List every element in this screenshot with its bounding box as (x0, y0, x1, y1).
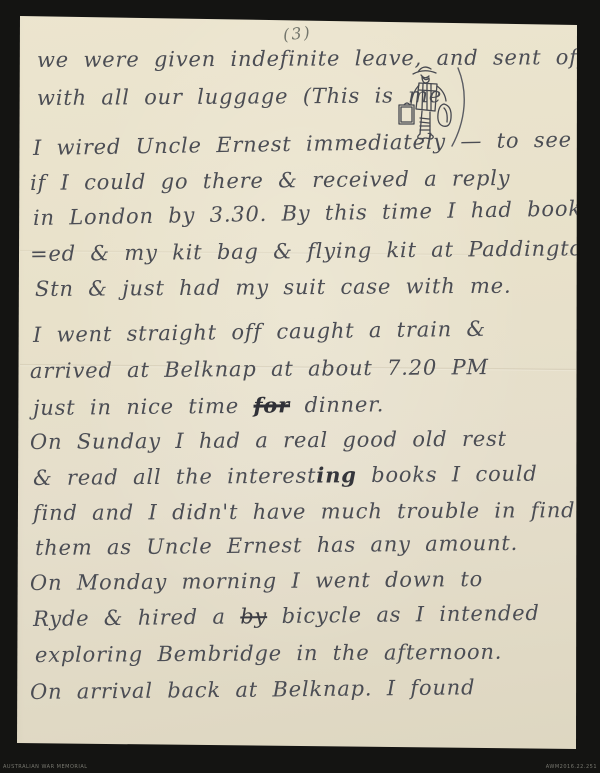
letter-text-segment: dinner. (290, 392, 384, 417)
letter-text-segment: for (253, 392, 290, 417)
letter-text-segment: we were given indefinite leave, and sent… (37, 45, 586, 72)
letter-text-segment: bicycle as I intended (267, 601, 540, 628)
scan-background: (3) we were given indefinite leave, and … (0, 0, 600, 773)
letter-text-segment: Stn & just had my suit case with me. (35, 274, 512, 301)
letter-line: Stn & just had my suit case with me. (35, 274, 512, 301)
letter-text-segment: I wired Uncle Ernest immediately — to se… (33, 128, 572, 160)
letter-text-segment: =ed & my kit bag & flying kit at Padding… (30, 236, 597, 266)
archive-footer: AUSTRALIAN WAR MEMORIAL AWM2016.22.251 (0, 759, 600, 773)
letter-line: On Sunday I had a real good old rest (30, 427, 507, 454)
archive-institution-label: AUSTRALIAN WAR MEMORIAL (3, 764, 88, 770)
letter-page: (3) we were given indefinite leave, and … (0, 0, 600, 773)
letter-text-segment: in London by 3.30. By this time I had bo… (33, 196, 582, 230)
letter-body: we were given indefinite leave, and sent… (0, 0, 600, 773)
letter-line: & read all the interesting books I could (33, 461, 538, 490)
letter-text-segment: Ryde & hired a (33, 604, 241, 631)
letter-text-segment: On Sunday I had a real good old rest (30, 427, 507, 454)
letter-text-segment: find and I didn't have much trouble in f… (33, 498, 600, 525)
archive-accession-number: AWM2016.22.251 (546, 764, 597, 770)
letter-line: with all our luggage (This is me (37, 83, 442, 110)
letter-text-segment: books I could (357, 462, 538, 488)
letter-line: Ryde & hired a by bicycle as I intended (33, 601, 540, 631)
letter-text-segment: exploring Bembridge in the afternoon. (35, 640, 502, 667)
letter-line: in London by 3.30. By this time I had bo… (33, 196, 582, 230)
letter-text-segment: with all our luggage (This is me (37, 83, 442, 110)
letter-line: them as Uncle Ernest has any amount. (35, 531, 518, 560)
soldier-with-luggage-sketch-icon (392, 60, 470, 156)
letter-text-segment: On Monday morning I went down to (30, 567, 483, 595)
letter-line: =ed & my kit bag & flying kit at Padding… (30, 236, 597, 266)
letter-line: we were given indefinite leave, and sent… (37, 45, 586, 72)
letter-text-segment: just in nice time (33, 394, 254, 420)
letter-text-segment: by (240, 604, 267, 628)
letter-line: exploring Bembridge in the afternoon. (35, 640, 502, 667)
letter-line: On arrival back at Belknap. I found (30, 675, 476, 704)
letter-line: arrived at Belknap at about 7.20 PM (30, 355, 489, 383)
letter-text-segment: On arrival back at Belknap. I found (30, 675, 476, 704)
letter-line: I wired Uncle Ernest immediately — to se… (33, 128, 572, 160)
letter-line: On Monday morning I went down to (30, 567, 483, 595)
letter-line: just in nice time for dinner. (33, 391, 384, 420)
letter-line: I went straight off caught a train & (33, 317, 486, 347)
letter-line: if I could go there & received a reply (30, 166, 511, 195)
letter-text-segment: if I could go there & received a reply (30, 166, 511, 195)
letter-text-segment: arrived at Belknap at about 7.20 PM (30, 355, 489, 383)
letter-line: find and I didn't have much trouble in f… (33, 498, 600, 525)
letter-text-segment: & read all the interest (33, 464, 317, 490)
letter-text-segment: I went straight off caught a train & (33, 317, 486, 347)
letter-text-segment: them as Uncle Ernest has any amount. (35, 531, 518, 560)
letter-text-segment: ing (316, 462, 357, 487)
